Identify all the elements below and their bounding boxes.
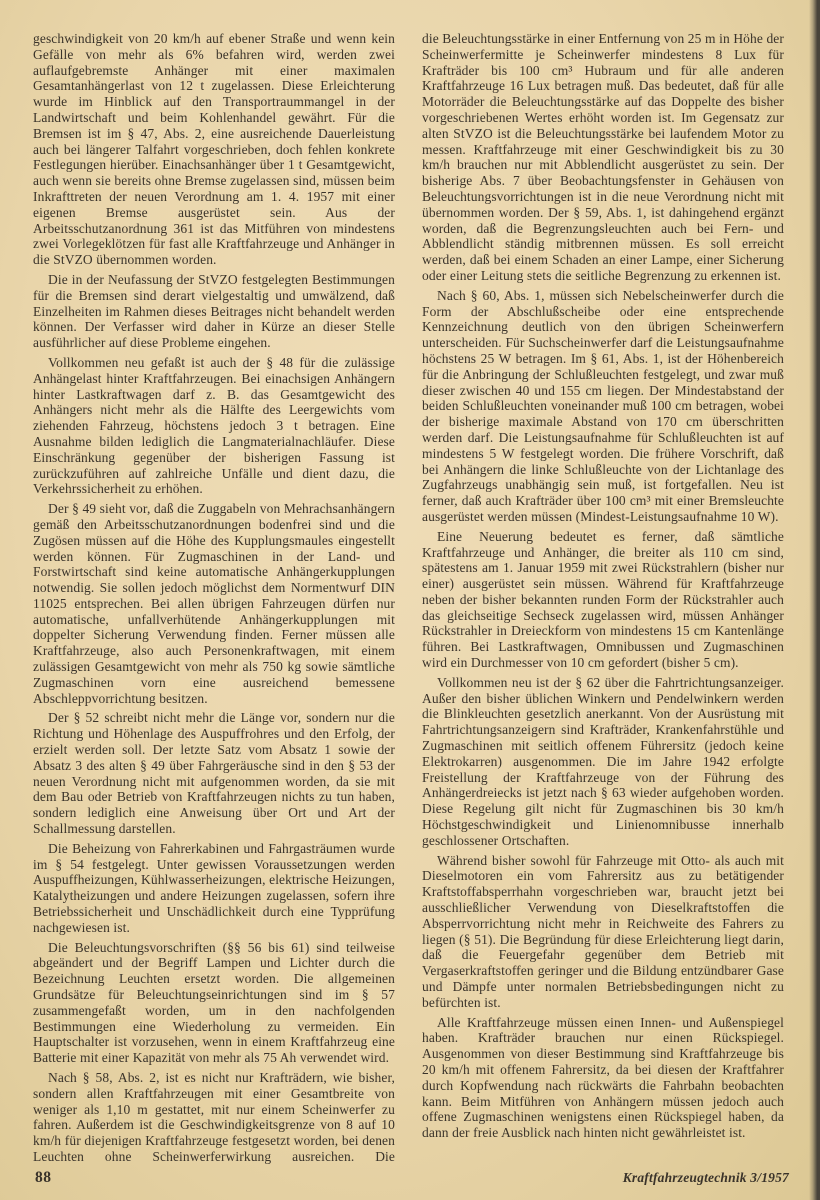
scanned-journal-page: geschwindigkeit von 20 km/h auf ebener S…	[0, 0, 820, 1200]
paragraph-continuation: geschwindigkeit von 20 km/h auf ebener S…	[33, 31, 395, 268]
journal-title: Kraftfahrzeugtechnik 3/1957	[623, 1170, 789, 1186]
page-number: 88	[35, 1169, 52, 1187]
paragraph: Nach § 58, Abs. 2, ist es nicht nur Kraf…	[33, 1070, 395, 1165]
paragraph: Alle Kraftfahrzeuge müssen einen Innen- …	[422, 1015, 784, 1141]
text-columns: geschwindigkeit von 20 km/h auf ebener S…	[33, 31, 784, 1165]
scan-edge-shadow	[809, 0, 820, 1200]
paragraph-continuation: die Beleuchtungsstärke in einer Entfernu…	[422, 31, 784, 284]
paragraph: Die Beheizung von Fahrerkabinen und Fahr…	[33, 841, 395, 936]
paragraph: Der § 49 sieht vor, daß die Zuggabeln vo…	[33, 501, 395, 706]
paragraph: Die in der Neufassung der StVZO festgele…	[33, 272, 395, 351]
paragraph: Vollkommen neu gefaßt ist auch der § 48 …	[33, 355, 395, 497]
paragraph: Eine Neuerung bedeutet es ferner, daß sä…	[422, 529, 784, 671]
page-footer: 88 Kraftfahrzeugtechnik 3/1957	[35, 1169, 789, 1187]
paragraph: Während bisher sowohl für Fahrzeuge mit …	[422, 853, 784, 1011]
paragraph: Nach § 60, Abs. 1, müssen sich Nebelsche…	[422, 288, 784, 525]
paragraph: Der § 52 schreibt nicht mehr die Länge v…	[33, 710, 395, 836]
paragraph: Vollkommen neu ist der § 62 über die Fah…	[422, 675, 784, 849]
left-column: geschwindigkeit von 20 km/h auf ebener S…	[33, 31, 395, 1165]
right-column: die Beleuchtungsstärke in einer Entfernu…	[422, 31, 784, 1165]
paragraph: Die Beleuchtungsvorschriften (§§ 56 bis …	[33, 940, 395, 1066]
